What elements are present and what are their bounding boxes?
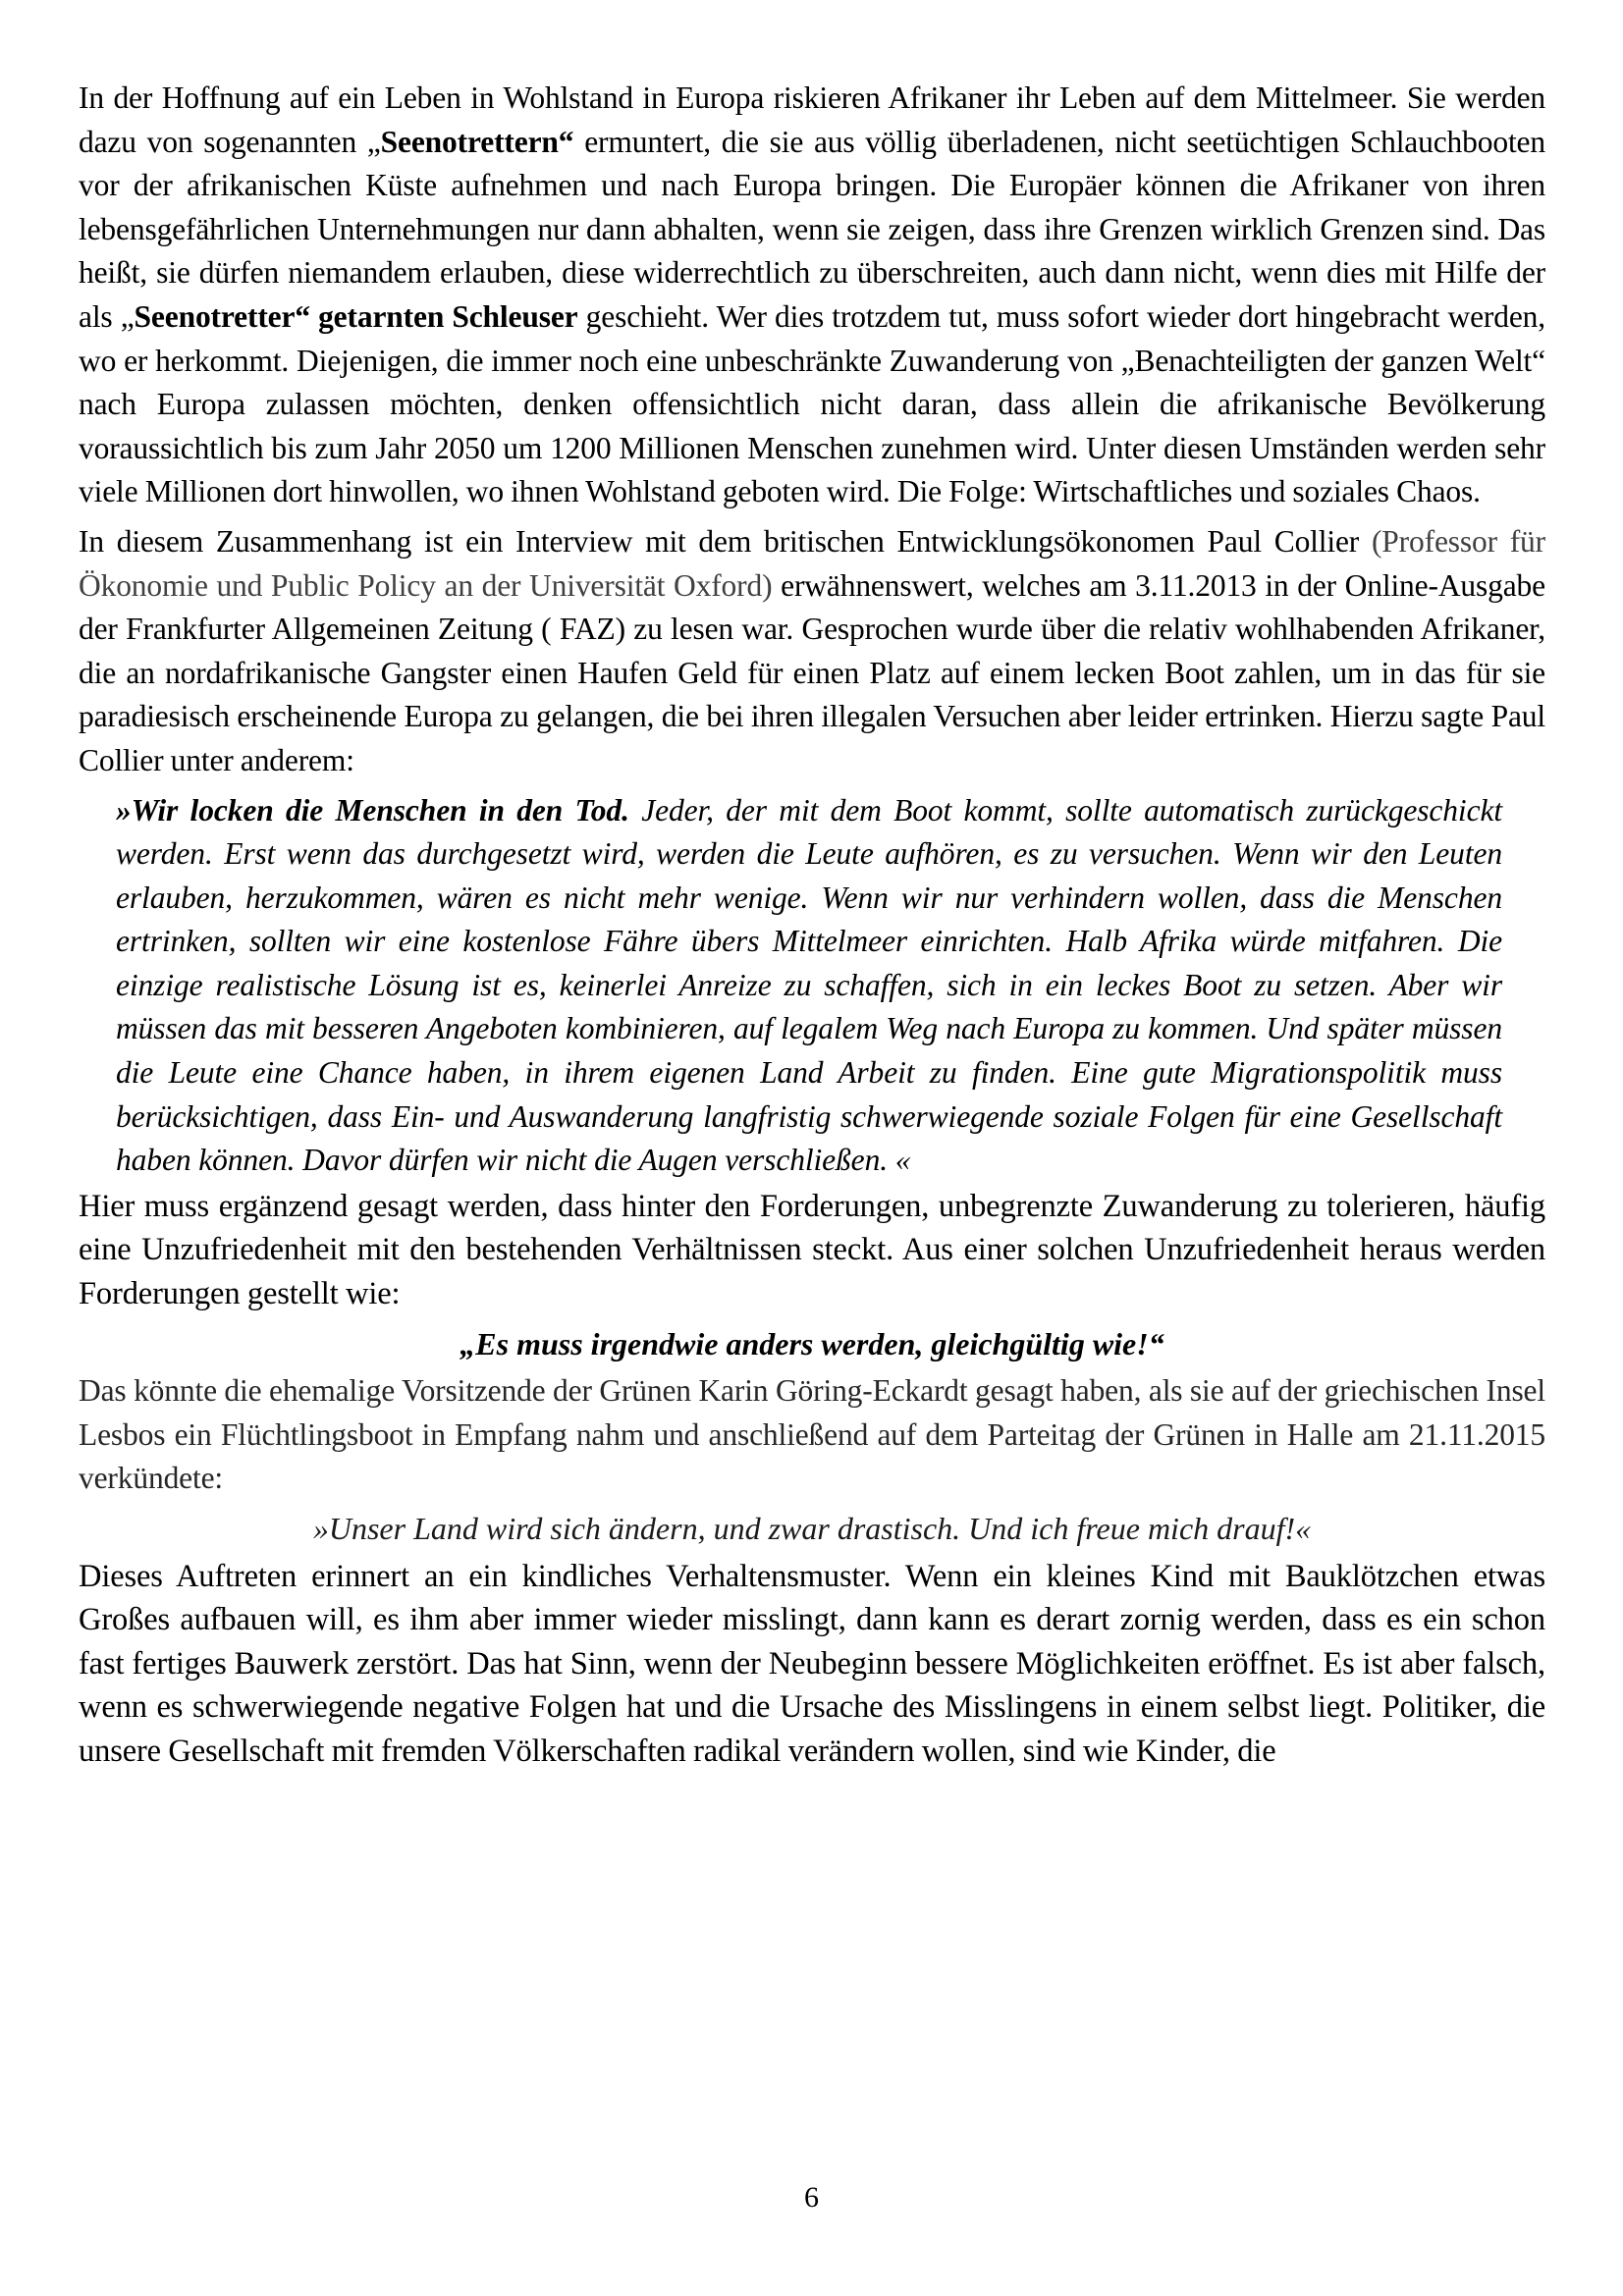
paragraph-child-behavior: Dieses Auftreten erinnert an ein kindlic… [79, 1555, 1545, 1774]
bold-term-seenotrettern: Seenotrettern“ [381, 125, 574, 159]
centered-quote-anders-werden: „Es muss irgendwie anders werden, gleich… [79, 1322, 1545, 1366]
paragraph-migration-intro: In der Hoffnung auf ein Leben in Wohlsta… [79, 77, 1545, 514]
centered-quote-unser-land: »Unser Land wird sich ändern, und zwar d… [79, 1507, 1545, 1551]
blockquote-lead-bold: »Wir locken die Menschen in den Tod. [116, 793, 629, 828]
blockquote-collier: »Wir locken die Menschen in den Tod. Jed… [116, 789, 1502, 1183]
paragraph-dissatisfaction: Hier muss ergänzend gesagt werden, dass … [79, 1185, 1545, 1316]
paragraph-text: In diesem Zusammenhang ist ein Interview… [79, 524, 1372, 559]
document-page: In der Hoffnung auf ein Leben in Wohlsta… [79, 77, 1545, 1780]
paragraph-goering-eckardt: Das könnte die ehemalige Vorsitzende der… [79, 1369, 1545, 1501]
page-number: 6 [0, 2181, 1623, 2215]
bold-term-schleuser: Seenotretter“ getarnten Schleuser [135, 299, 578, 334]
paragraph-collier-interview: In diesem Zusammenhang ist ein Interview… [79, 520, 1545, 783]
blockquote-body: Jeder, der mit dem Boot kommt, sollte au… [116, 793, 1502, 1178]
